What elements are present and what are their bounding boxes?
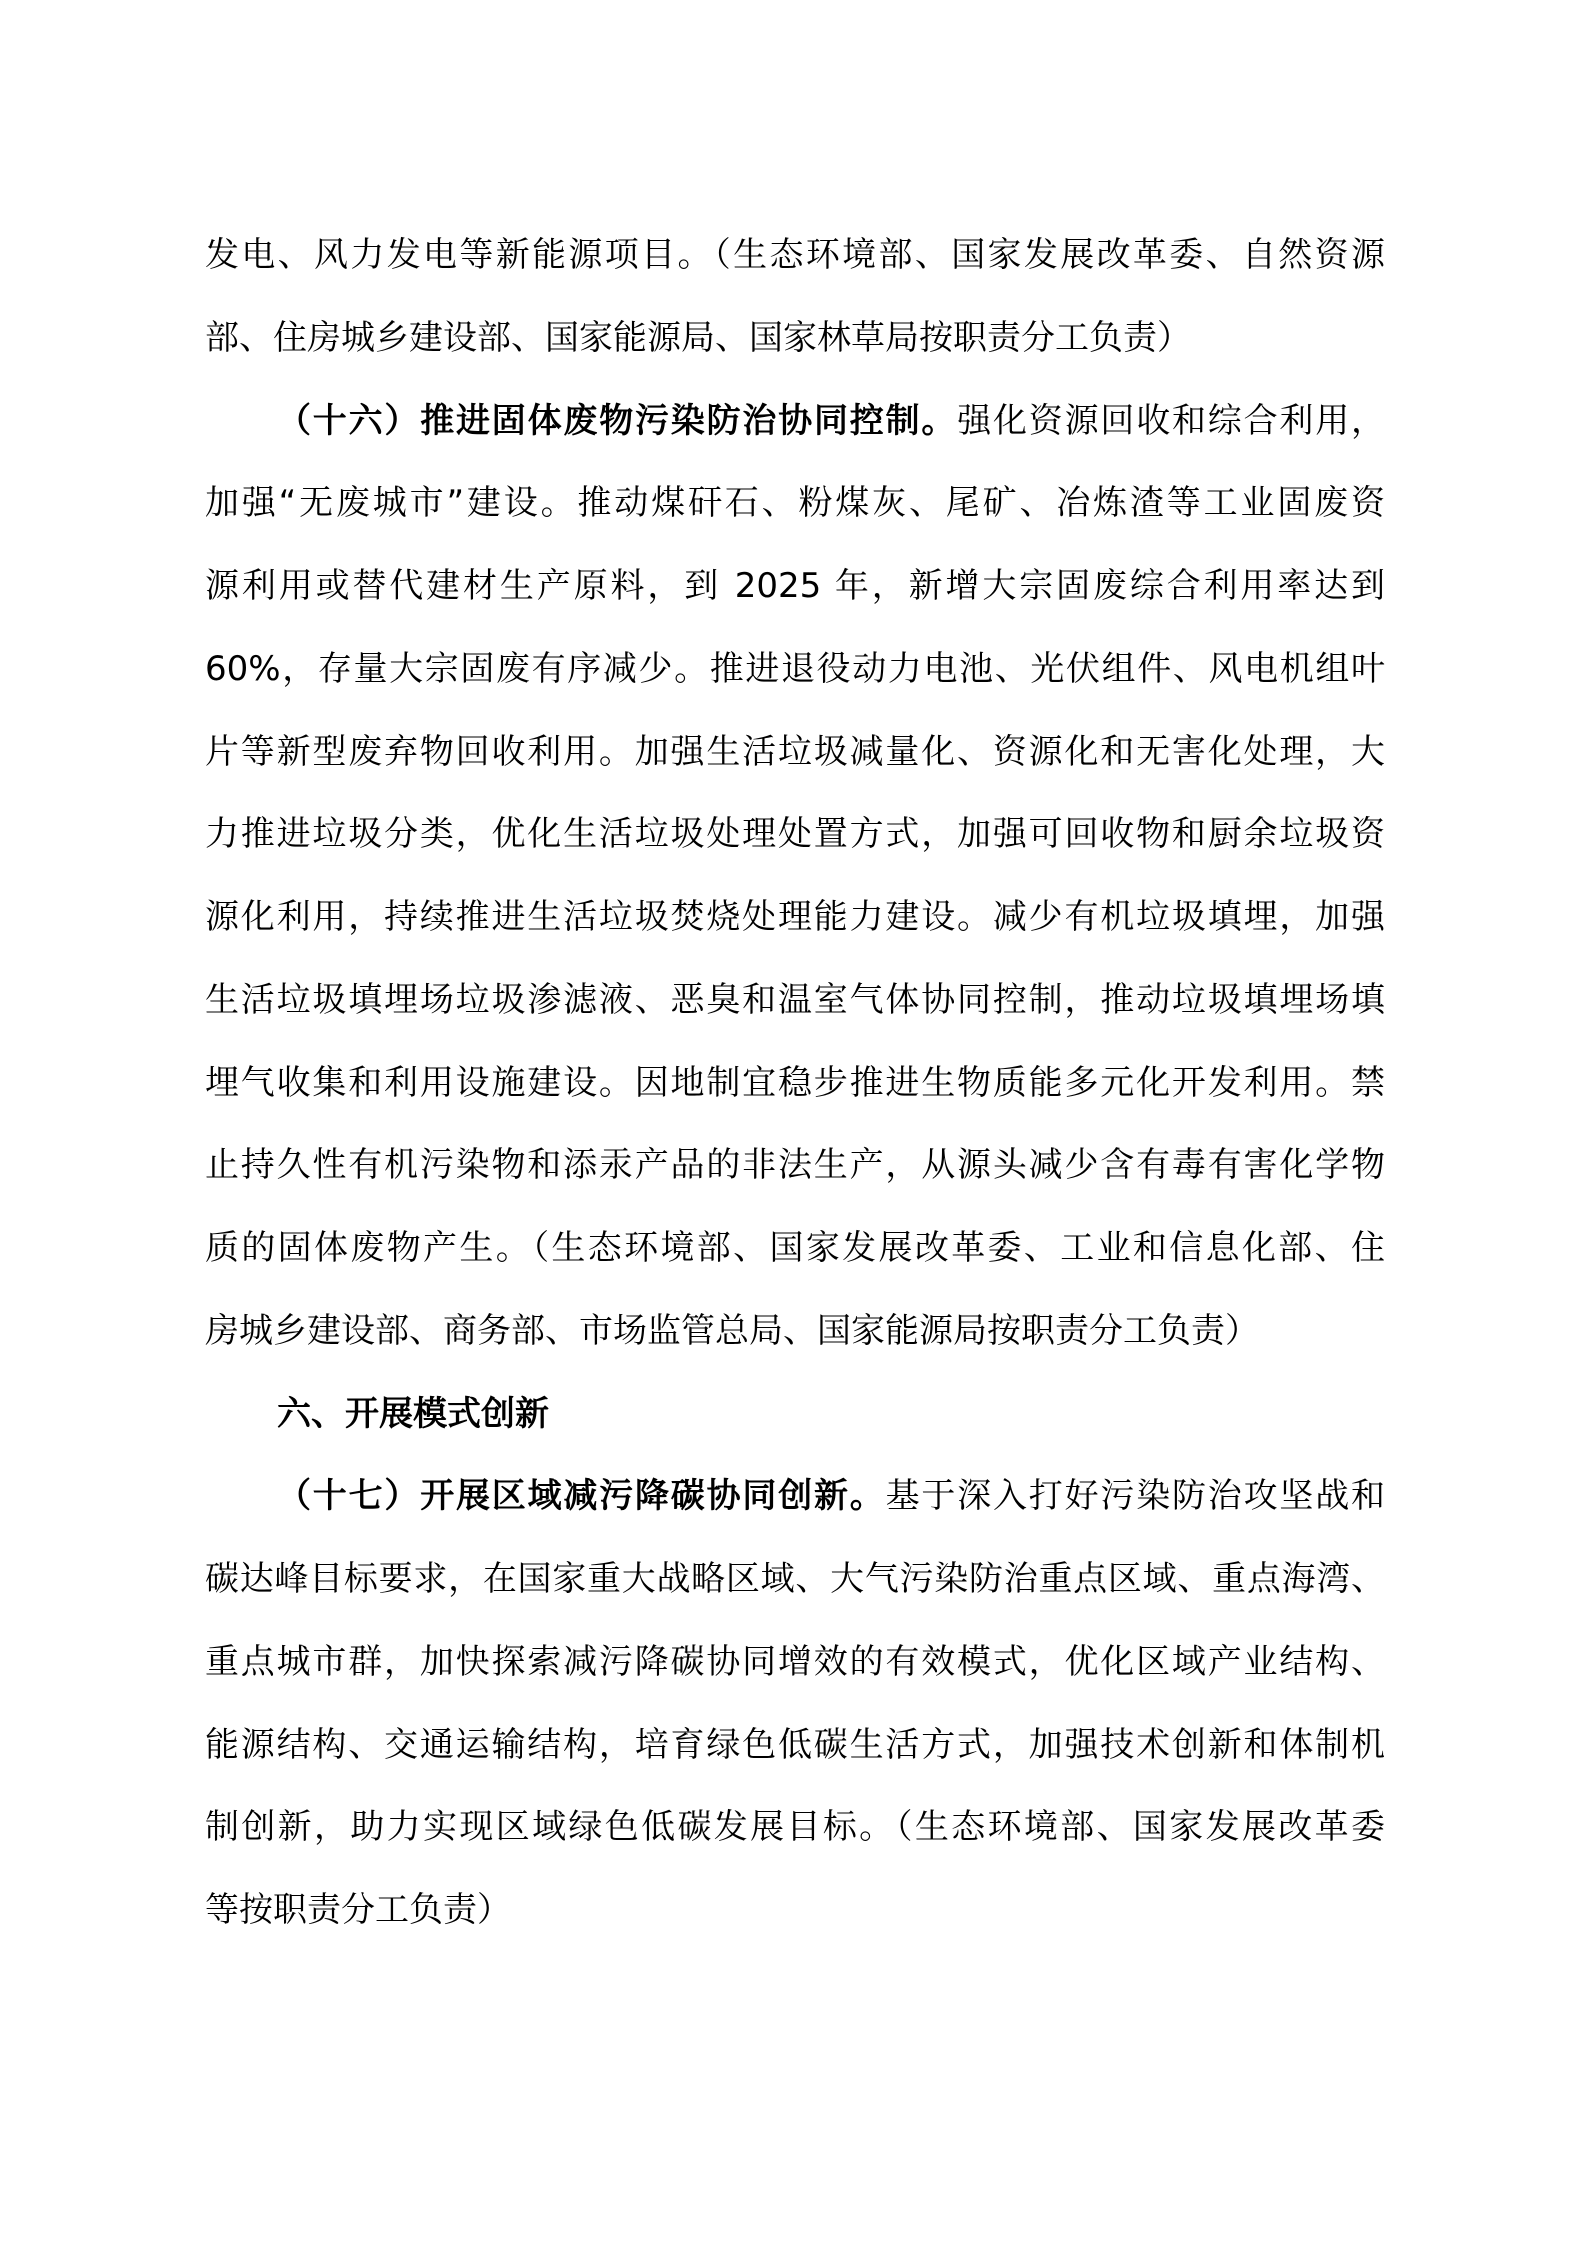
- paragraph-line: 加强“无废城市”建设。推动煤矸石、粉煤灰、尾矿、冶炼渣等工业固废资: [205, 462, 1385, 545]
- paragraph-line: 60%，存量大宗固废有序减少。推进退役动力电池、光伏组件、风电机组叶: [205, 628, 1385, 711]
- paragraph-line: 制创新，助力实现区域绿色低碳发展目标。（生态环境部、国家发展改革委: [205, 1786, 1385, 1869]
- paragraph-line: 源化利用，持续推进生活垃圾焚烧处理能力建设。减少有机垃圾填埋，加强: [205, 876, 1385, 959]
- section-16-first-line-text: 强化资源回收和综合利用，: [957, 401, 1385, 441]
- section-16-first-line: （十六）推进固体废物污染防治协同控制。强化资源回收和综合利用，: [205, 380, 1385, 463]
- paragraph-line: 埋气收集和利用设施建设。因地制宜稳步推进生物质能多元化开发利用。禁: [205, 1042, 1385, 1125]
- document-page: 发电、风力发电等新能源项目。（生态环境部、国家发展改革委、自然资源 部、住房城乡…: [205, 214, 1385, 1952]
- paragraph-line: 源利用或替代建材生产原料，到 2025 年，新增大宗固废综合利用率达到: [205, 545, 1385, 628]
- paragraph-line: 发电、风力发电等新能源项目。（生态环境部、国家发展改革委、自然资源: [205, 214, 1385, 297]
- paragraph-line: 碳达峰目标要求，在国家重大战略区域、大气污染防治重点区域、重点海湾、: [205, 1538, 1385, 1621]
- paragraph-line: 力推进垃圾分类，优化生活垃圾处理处置方式，加强可回收物和厨余垃圾资: [205, 793, 1385, 876]
- section-17-first-line: （十七）开展区域减污降碳协同创新。基于深入打好污染防治攻坚战和: [205, 1455, 1385, 1538]
- paragraph-line: 重点城市群，加快探索减污降碳协同增效的有效模式，优化区域产业结构、: [205, 1621, 1385, 1704]
- paragraph-line: 质的固体废物产生。（生态环境部、国家发展改革委、工业和信息化部、住: [205, 1207, 1385, 1290]
- paragraph-line: 能源结构、交通运输结构，培育绿色低碳生活方式，加强技术创新和体制机: [205, 1704, 1385, 1787]
- section-17-first-line-text: 基于深入打好污染防治攻坚战和: [886, 1476, 1385, 1516]
- paragraph-line: 等按职责分工负责）: [205, 1869, 1385, 1952]
- paragraph-line: 房城乡建设部、商务部、市场监管总局、国家能源局按职责分工负责）: [205, 1290, 1385, 1373]
- paragraph-line: 片等新型废弃物回收利用。加强生活垃圾减量化、资源化和无害化处理，大: [205, 711, 1385, 794]
- section-16-title: （十六）推进固体废物污染防治协同控制。: [277, 401, 957, 441]
- section-17-title: （十七）开展区域减污降碳协同创新。: [277, 1476, 886, 1516]
- section-heading-6: 六、开展模式创新: [205, 1373, 1385, 1456]
- paragraph-line: 止持久性有机污染物和添汞产品的非法生产，从源头减少含有毒有害化学物: [205, 1124, 1385, 1207]
- paragraph-line: 部、住房城乡建设部、国家能源局、国家林草局按职责分工负责）: [205, 297, 1385, 380]
- paragraph-line: 生活垃圾填埋场垃圾渗滤液、恶臭和温室气体协同控制，推动垃圾填埋场填: [205, 959, 1385, 1042]
